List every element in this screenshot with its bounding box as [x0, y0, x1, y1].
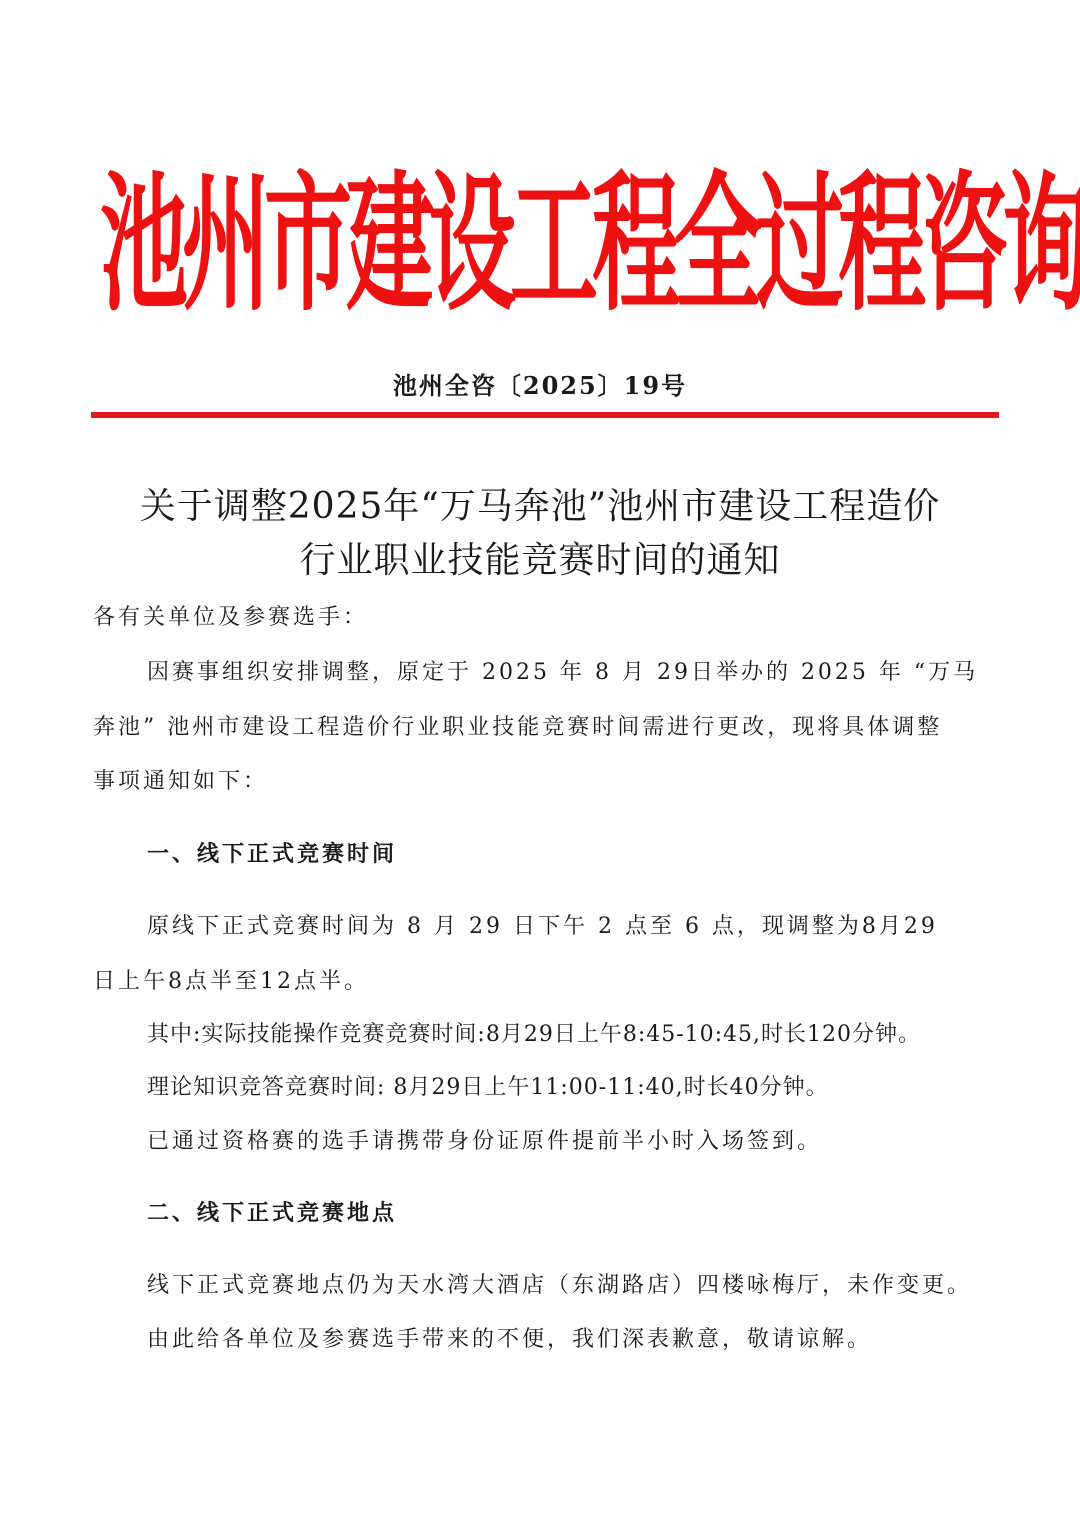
masthead-char: 程: [592, 170, 674, 320]
masthead-char: 工: [510, 170, 592, 320]
section-1-line-4: 理论知识竞答竞赛时间: 8月29日上午11:00-11:40,时长40分钟。: [147, 1070, 829, 1101]
notice-title-line-2: 行业职业技能竞赛时间的通知: [60, 532, 1020, 583]
masthead-char: 咨: [920, 170, 1002, 320]
masthead-char: 池: [100, 170, 182, 320]
masthead-char: 过: [756, 170, 838, 320]
masthead-char: 询: [1002, 170, 1080, 320]
masthead-char: 市: [264, 170, 346, 320]
intro-line-2: 奔池” 池州市建设工程造价行业职业技能竞赛时间需进行更改，现将具体调整: [93, 710, 942, 741]
masthead-char: 州: [182, 170, 264, 320]
section-1-line-5: 已通过资格赛的选手请携带身份证原件提前半小时入场签到。: [147, 1124, 822, 1155]
section-1-line-3: 其中:实际技能操作竞赛竞赛时间:8月29日上午8:45-10:45,时长120分…: [147, 1017, 921, 1048]
section-1-line-2: 日上午8点半至12点半。: [93, 964, 369, 995]
document-number: 池州全咨〔2025〕19号: [0, 366, 1080, 401]
masthead-char: 程: [838, 170, 920, 320]
notice-title-line-1: 关于调整2025年“万马奔池”池州市建设工程造价: [60, 478, 1020, 529]
masthead-char: 设: [428, 170, 510, 320]
masthead-title: 池 州 市 建 设 工 程 全 过 程 咨 询 协 会: [100, 160, 980, 330]
section-2-line-1: 线下正式竞赛地点仍为天水湾大酒店（东湖路店）四楼咏梅厅，未作变更。: [147, 1268, 972, 1299]
section-2-heading: 二、线下正式竞赛地点: [147, 1196, 397, 1227]
red-divider: [91, 412, 999, 418]
masthead-char: 建: [346, 170, 428, 320]
masthead-char: 全: [674, 170, 756, 320]
intro-line-3: 事项通知如下：: [93, 764, 268, 795]
salutation: 各有关单位及参赛选手：: [93, 600, 368, 631]
section-1-line-1: 原线下正式竞赛时间为 8 月 29 日下午 2 点至 6 点，现调整为8月29: [147, 909, 938, 940]
intro-line-1: 因赛事组织安排调整，原定于 2025 年 8 月 29日举办的 2025 年 “…: [147, 655, 978, 686]
section-2-line-2: 由此给各单位及参赛选手带来的不便，我们深表歉意，敬请谅解。: [147, 1322, 872, 1353]
section-1-heading: 一、线下正式竞赛时间: [147, 837, 397, 868]
